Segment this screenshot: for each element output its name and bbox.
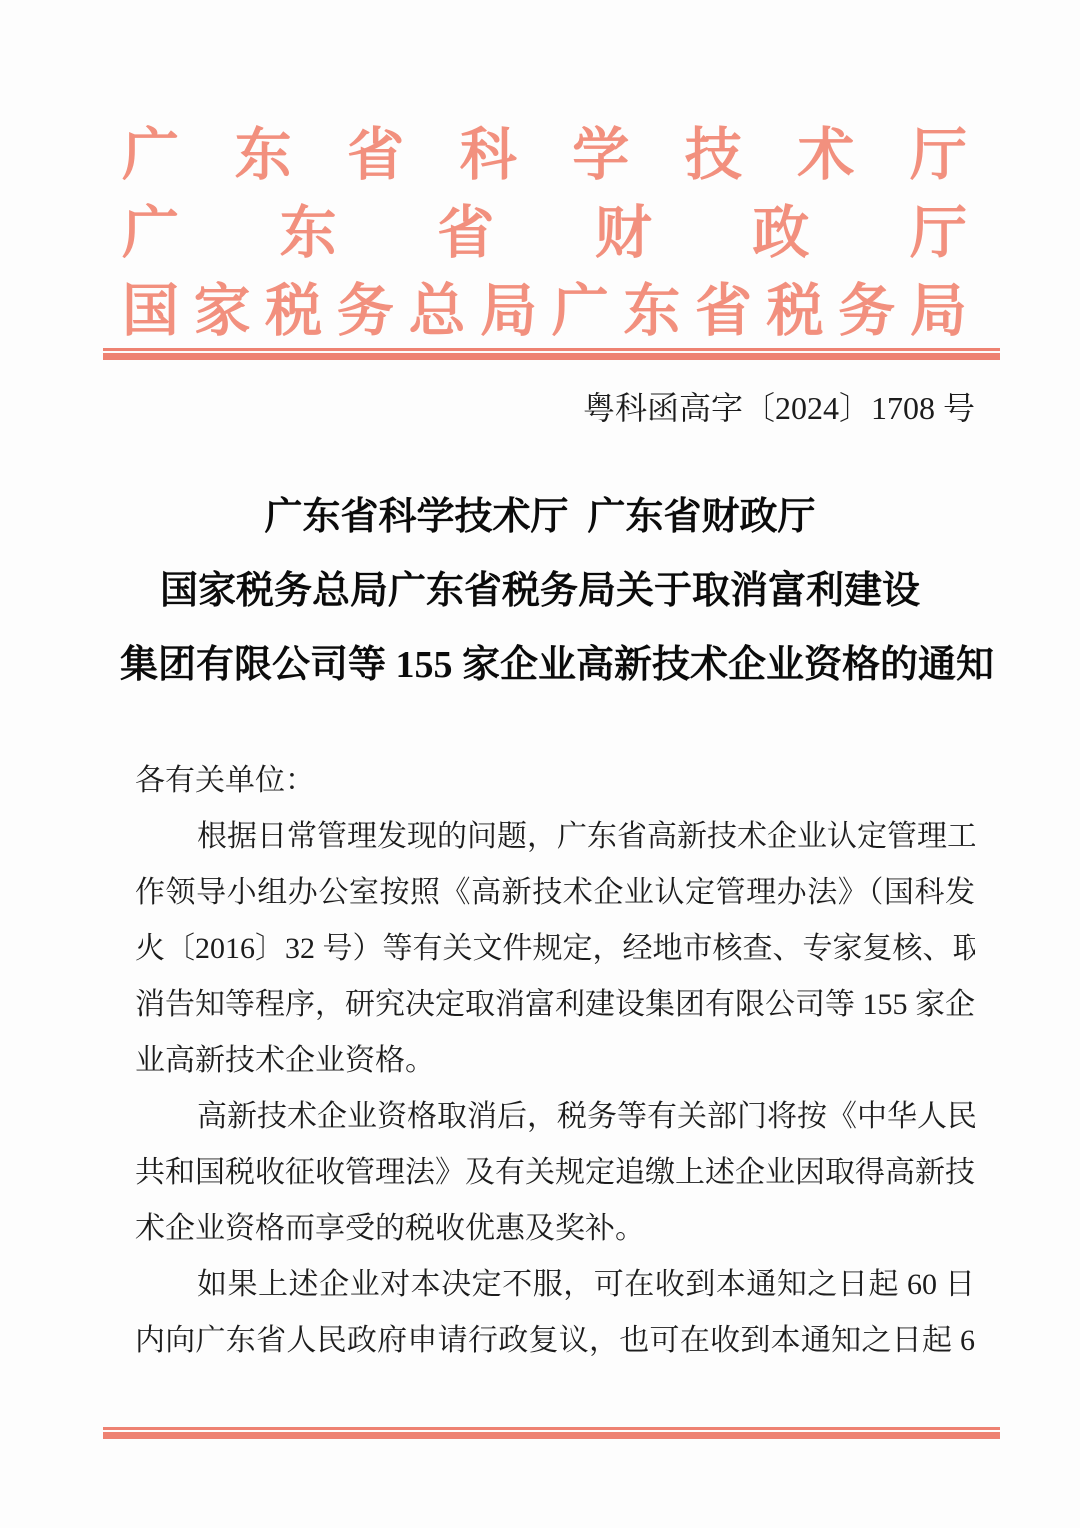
letterhead-char: 总 [409,265,466,347]
letterhead-char: 省 [437,187,494,269]
letterhead-char: 局 [480,265,537,347]
letterhead-char: 家 [194,265,251,347]
letterhead-char: 广 [122,109,179,191]
letterhead-char: 厅 [910,187,967,269]
letterhead-char: 东 [280,187,337,269]
body-line: 共和国税收征收管理法》及有关规定追缴上述企业因取得高新技 [135,1145,975,1201]
letterhead-char: 广 [552,265,609,347]
letterhead-line: 广东省财政厅 [122,189,967,267]
document-title: 广东省科学技术厅 广东省财政厅国家税务总局广东省税务局关于取消富利建设集团有限公… [120,480,960,702]
letterhead-char: 局 [910,265,967,347]
letterhead-char: 国 [122,265,179,347]
title-line: 广东省科学技术厅 广东省财政厅 [120,480,960,554]
body-line: 火〔2016〕32 号）等有关文件规定，经地市核查、专家复核、取 [135,921,975,977]
document-body: 各有关单位： 根据日常管理发现的问题，广东省高新技术企业认定管理工作领导小组办公… [135,753,975,1369]
letterhead-char: 财 [595,187,652,269]
rule-thin-line [103,1427,1000,1430]
letterhead: 广东省科学技术厅广东省财政厅国家税务总局广东省税务局 [122,111,967,345]
letterhead-char: 厅 [910,109,967,191]
document-number: 粤科函高字〔2024〕1708 号 [583,386,975,430]
letterhead-char: 学 [572,109,629,191]
letterhead-char: 东 [623,265,680,347]
body-line: 如果上述企业对本决定不服，可在收到本通知之日起 60 日 [135,1257,975,1313]
body-line: 术企业资格而享受的税收优惠及奖补。 [135,1201,975,1257]
letterhead-char: 税 [767,265,824,347]
footer-rule [103,1427,1000,1439]
letterhead-char: 省 [695,265,752,347]
body-line: 业高新技术企业资格。 [135,1033,975,1089]
letterhead-char: 政 [752,187,809,269]
letterhead-char: 税 [265,265,322,347]
body-line: 作领导小组办公室按照《高新技术企业认定管理办法》（国科发 [135,865,975,921]
letterhead-char: 省 [347,109,404,191]
body-line: 根据日常管理发现的问题，广东省高新技术企业认定管理工 [135,809,975,865]
letterhead-char: 术 [797,109,854,191]
letterhead-char: 技 [685,109,742,191]
rule-thick-line [103,353,1000,360]
letterhead-char: 科 [460,109,517,191]
letterhead-char: 广 [122,187,179,269]
rule-thick-line [103,1432,1000,1439]
title-line: 国家税务总局广东省税务局关于取消富利建设 [120,554,960,628]
letterhead-char: 务 [337,265,394,347]
document-page: 广东省科学技术厅广东省财政厅国家税务总局广东省税务局 粤科函高字〔2024〕17… [0,0,1080,1528]
letterhead-char: 务 [838,265,895,347]
body-line: 消告知等程序，研究决定取消富利建设集团有限公司等 155 家企 [135,977,975,1033]
letterhead-divider-rule [103,348,1000,360]
body-line: 内向广东省人民政府申请行政复议，也可在收到本通知之日起 6 [135,1313,975,1369]
rule-thin-line [103,348,1000,351]
title-line: 集团有限公司等 155 家企业高新技术企业资格的通知 [120,628,960,702]
letterhead-line: 广东省科学技术厅 [122,111,967,189]
salutation: 各有关单位： [135,753,975,809]
body-line: 高新技术企业资格取消后，税务等有关部门将按《中华人民 [135,1089,975,1145]
letterhead-line: 国家税务总局广东省税务局 [122,267,967,345]
letterhead-char: 东 [235,109,292,191]
